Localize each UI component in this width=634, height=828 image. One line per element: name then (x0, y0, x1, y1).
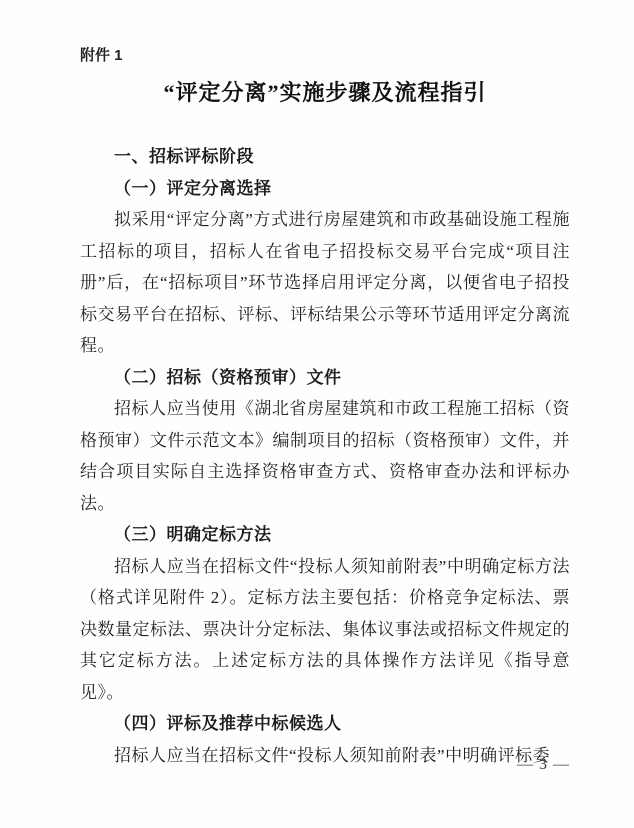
subsection-heading-4: （四）评标及推荐中标候选人 (80, 708, 570, 740)
doc-title: “评定分离”实施步骤及流程指引 (80, 78, 570, 108)
section-heading-bidding-evaluation-stage: 一、招标评标阶段 (80, 141, 570, 173)
subsection-heading-2: （二）招标（资格预审）文件 (80, 362, 570, 394)
document-page: 附件 1 “评定分离”实施步骤及流程指引 一、招标评标阶段 （一）评定分离选择 … (0, 0, 634, 828)
paragraph-4-partial: 招标人应当在招标文件“投标人须知前附表”中明确评标委 (80, 740, 570, 772)
document-body: 一、招标评标阶段 （一）评定分离选择 拟采用“评定分离”方式进行房屋建筑和市政基… (80, 141, 570, 771)
subsection-heading-1: （一）评定分离选择 (80, 173, 570, 205)
page-number: — 3 — (517, 756, 570, 774)
attachment-label: 附件 1 (80, 46, 570, 66)
paragraph-3: 招标人应当在招标文件“投标人须知前附表”中明确定标方法（格式详见附件 2）。定标… (80, 551, 570, 709)
subsection-heading-3: （三）明确定标方法 (80, 519, 570, 551)
paragraph-1: 拟采用“评定分离”方式进行房屋建筑和市政基础设施工程施工招标的项目，招标人在省电… (80, 204, 570, 362)
paragraph-2: 招标人应当使用《湖北省房屋建筑和市政工程施工招标（资格预审）文件示范文本》编制项… (80, 393, 570, 519)
